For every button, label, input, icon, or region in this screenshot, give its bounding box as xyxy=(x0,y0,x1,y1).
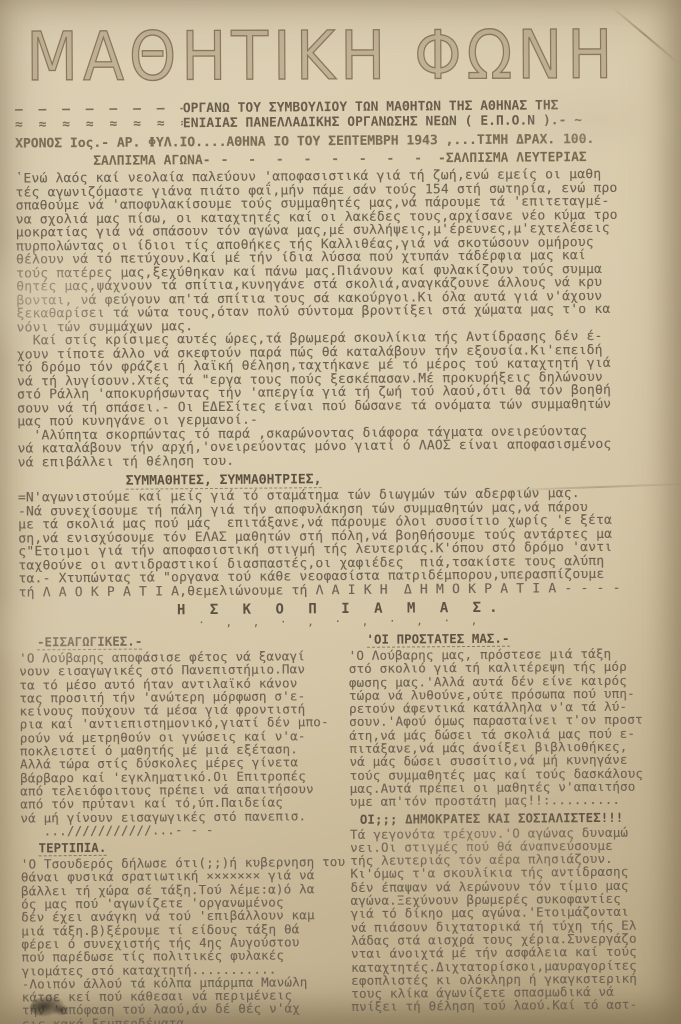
article-body: Τά γεγονότα τρέχουν.'Ο αγώνας δυναμώνει.… xyxy=(350,825,667,1014)
article-heading: ΤΕΡΤΙΠΙΑ. xyxy=(39,840,107,857)
appeal-body: =Ν'αγωνιστούμε καί μείς γιά τό σταμάτημα… xyxy=(18,486,664,599)
slogan-left: ΣΑΛΠΙΣΜΑ ΑΓΩΝΑ- xyxy=(93,153,211,169)
lead-article: ῾Ενώ λαός καί νεολαία παλεύουν 'αποφασισ… xyxy=(15,167,662,469)
newspaper-page: ΜΑΘΗΤΙΚΗ ΦΩΝΗ ‒ ‒ ‒ ‒ ‒ ‒ ‒ ‒ ‒ ‒ ΟΡΓΑΝΩ… xyxy=(0,0,681,1024)
right-column: 'ΟΙ ΠΡΟΣΤΑΤΕΣ ΜΑΣ.- 'Ο Λούβαρης μας, πρό… xyxy=(348,626,667,1024)
section-divider: Η Σ Κ Ο Π Ι Α Μ Α Σ. · , , · , · , · , ·… xyxy=(19,598,664,628)
appeal-section: ΣΥΜΜΑΘΗΤΕΣ, ΣΥΜΜΑΘΗΤΡΙΕΣ, =Ν'αγωνιστούμε… xyxy=(18,465,664,599)
article-dimokrates: ΟΙ;;; ΔΗΜΟΚΡΑΤΕΣ ΚΑΙ ΣΟΣΙΑΛΙΣΤΕΣ!!! Τά γ… xyxy=(350,806,667,1014)
page-content: ΜΑΘΗΤΙΚΗ ΦΩΝΗ ‒ ‒ ‒ ‒ ‒ ‒ ‒ ‒ ‒ ‒ ΟΡΓΑΝΩ… xyxy=(14,3,667,1024)
dash-row: ‒ ‒ ‒ ‒ ‒ ‒ ‒ ‒ ‒ ‒ xyxy=(15,101,183,117)
two-column-area: -ΕΙΣΑΓΩΓΙΚΕΣ.- 'Ο Λούβαρης αποφάσισε φέτ… xyxy=(19,626,667,1024)
article-prostates: 'ΟΙ ΠΡΟΣΤΑΤΕΣ ΜΑΣ.- 'Ο Λούβαρης μας, πρό… xyxy=(348,626,665,808)
article-body: 'Ο Λούβαρης μας, πρόστεσε μιά τάξηστό σκ… xyxy=(349,646,666,808)
article-heading: ΟΙ;;; ΔΗΜΟΚΡΑΤΕΣ ΚΑΙ ΣΟΣΙΑΛΙΣΤΕΣ!!! xyxy=(360,809,624,826)
text-line: εις κακά ξεμπερδέματα,.............. xyxy=(22,1015,338,1024)
article-body: 'Ο Λούβαρης αποφάσισε φέτος νά ξαναγίνου… xyxy=(19,649,336,838)
article-heading: -ΕΙΣΑΓΩΓΙΚΕΣ.- xyxy=(37,634,142,651)
article-eisagogikes: -ΕΙΣΑΓΩΓΙΚΕΣ.- 'Ο Λούβαρης αποφάσισε φέτ… xyxy=(19,629,336,838)
appeal-heading: ΣΥΜΜΑΘΗΤΕΣ, ΣΥΜΜΑΘΗΤΡΙΕΣ, xyxy=(126,472,322,490)
text-line: πνίξει τή θέληση τού λαού.Καί τό αστ- xyxy=(351,998,667,1014)
left-column: -ΕΙΣΑΓΩΓΙΚΕΣ.- 'Ο Λούβαρης αποφάσισε φέτ… xyxy=(19,629,338,1024)
slogan-dashes: - - - - - - - - xyxy=(221,151,429,168)
org-line-2: ΕΝΙΑΙΑΣ ΠΑΝΕΛΛΑΔΙΚΗΣ ΟΡΓΑΝΩΣΗΣ ΝΕΩΝ ( Ε.… xyxy=(183,113,582,131)
page-title: ΜΑΘΗΤΙΚΗ ΦΩΝΗ xyxy=(26,16,659,97)
article-body: 'Ο Τσουδερός δήλωσε ότι(;;)ή κυβερνηση τ… xyxy=(21,855,338,1024)
tilde-row: ≈ ≈ ≈ ≈ ≈ ≈ ≈ ≈ xyxy=(15,116,183,132)
ink-smudge-small xyxy=(52,1004,70,1016)
slogan-right: -ΣΑΛΠΙΣΜΑ ΛΕΥΤΕΡΙΑΣ xyxy=(438,150,587,166)
article-tertipia: ΤΕΡΤΙΠΙΑ. 'Ο Τσουδερός δήλωσε ότι(;;)ή κ… xyxy=(21,835,338,1024)
article-heading: 'ΟΙ ΠΡΟΣΤΑΤΕΣ ΜΑΣ.- xyxy=(366,631,509,648)
masthead: ΜΑΘΗΤΙΚΗ ΦΩΝΗ ‒ ‒ ‒ ‒ ‒ ‒ ‒ ‒ ‒ ‒ ΟΡΓΑΝΩ… xyxy=(14,13,660,169)
